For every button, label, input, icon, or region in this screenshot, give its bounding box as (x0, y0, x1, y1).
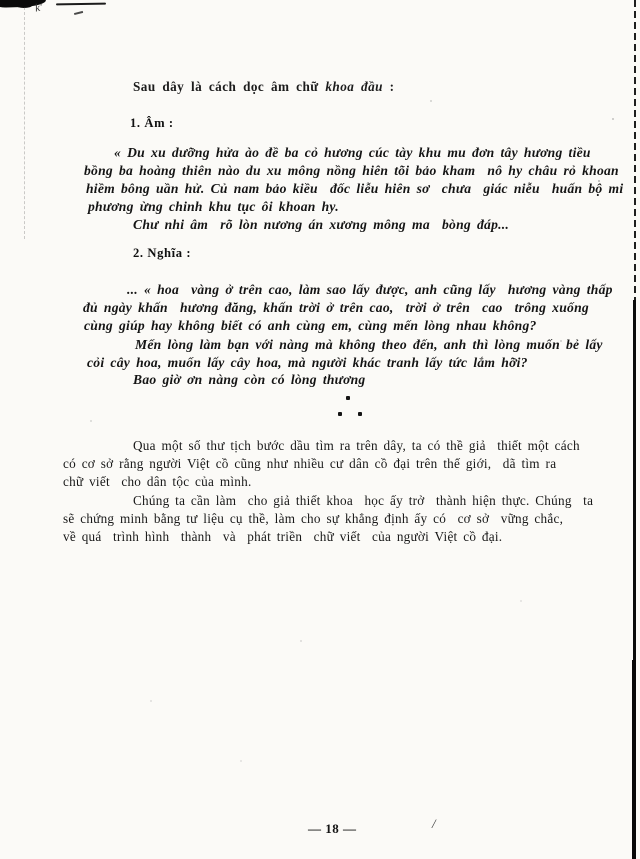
text-line: Chúng ta cần làm cho giả thiết khoa học … (133, 494, 593, 509)
text-line: hiềm bông uần hử. Củ nam bảo kiều đốc li… (86, 182, 623, 197)
scan-top-line (56, 3, 106, 6)
slash-mark: / (432, 817, 436, 831)
text-line: đủ ngày khấn hương đăng, khấn trời ở trê… (83, 301, 589, 316)
text-line: Chư nhi âm rõ lòn nương án xương mông ma… (133, 218, 509, 233)
text-line: chữ viết cho dân tộc của mình. (63, 475, 252, 490)
paper-speckles (0, 0, 2, 2)
text-line: cỏi cây hoa, muốn lấy cây hoa, mà người … (87, 356, 528, 371)
page-number: — 18 — (308, 822, 357, 836)
text-line: có cơ sở rằng người Việt cồ cũng như nhi… (63, 457, 556, 472)
text-line: về quá trình hình thành và phát triền ch… (63, 530, 502, 545)
text-line: Bao giờ ơn nàng còn có lòng thương (133, 373, 365, 388)
separator-dot (338, 412, 342, 416)
scanned-page: k' Sau dây là cách dọc âm chữ khoa đầu :… (0, 0, 640, 859)
fold-crease (24, 7, 25, 239)
intro-term: khoa đầu (325, 79, 383, 94)
text-line: bồng ba hoàng thiên nào du xu mông nồng … (84, 164, 619, 179)
section-heading-am: 1. Âm : (130, 117, 174, 131)
text-line: « Du xu dưỡng hửa ào đề ba cỏ hương cúc … (114, 146, 591, 161)
scan-edge-line-top (634, 0, 636, 320)
text-line: phương ừng chinh khu tục ôi khoan hy. (88, 200, 339, 215)
separator-dot (358, 412, 362, 416)
intro-line: Sau dây là cách dọc âm chữ khoa đầu : (133, 80, 395, 95)
text-line: cùng giúp hay không biết có anh cùng em,… (84, 319, 537, 334)
text-line: ... « hoa vàng ở trên cao, làm sao lấy đ… (127, 283, 613, 298)
separator-dot (346, 396, 350, 400)
scan-edge-line-thick (632, 660, 636, 859)
intro-suffix: : (383, 79, 395, 94)
section-heading-nghia: 2. Nghĩa : (133, 247, 191, 261)
text-line: Qua một số thư tịch bước dầu tìm ra trên… (133, 439, 580, 454)
scan-small-dash (74, 11, 83, 15)
intro-prefix: Sau dây là cách dọc âm chữ (133, 79, 325, 94)
text-line: Mến lòng làm bạn với nàng mà không theo … (135, 338, 603, 353)
text-line: sẽ chứng minh bằng tư liệu cụ thề, làm c… (63, 512, 563, 527)
